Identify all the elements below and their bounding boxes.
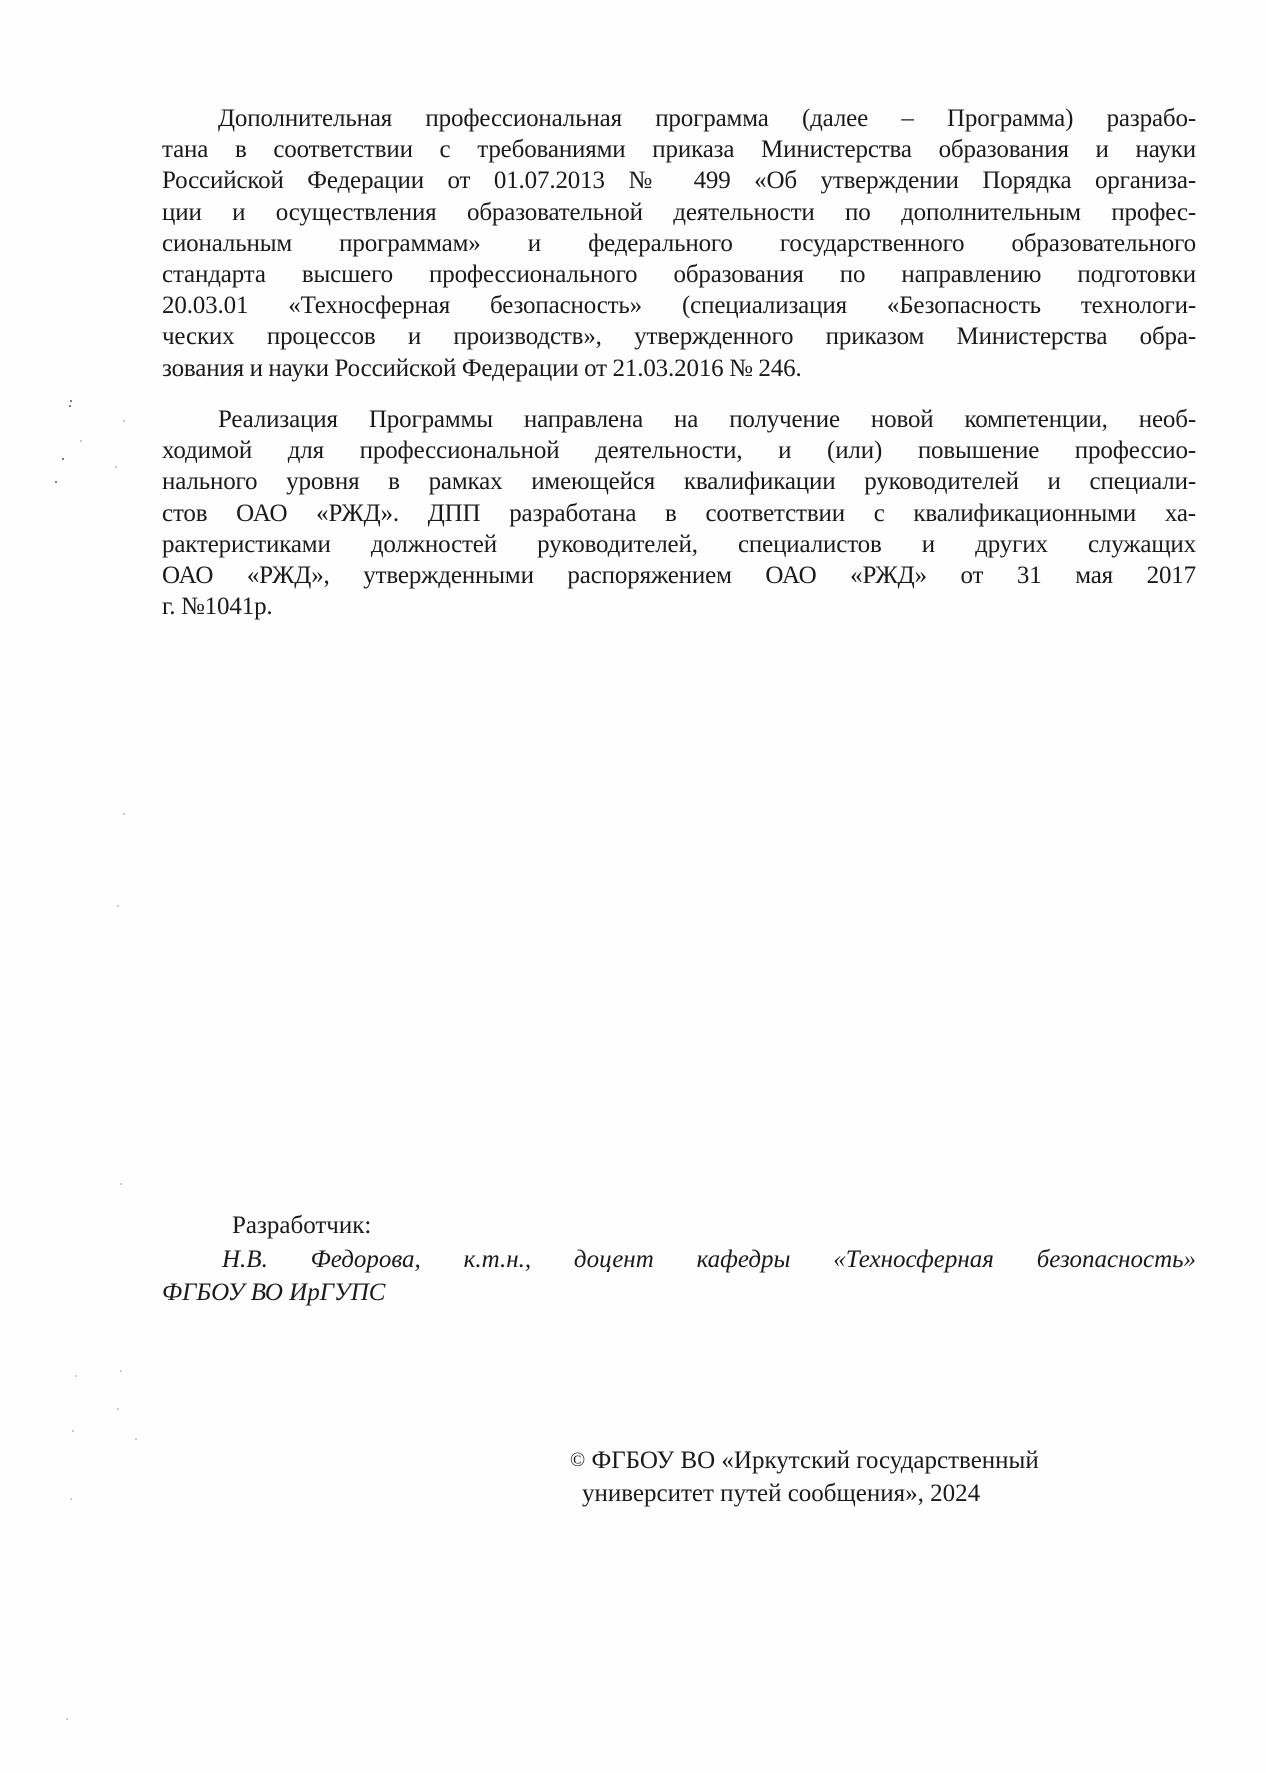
developer-name-position: Н.В. Федорова, к.т.н., доцент кафедры «Т…: [162, 1243, 1196, 1276]
developer-info: Н.В. Федорова, к.т.н., доцент кафедры «Т…: [162, 1243, 1196, 1309]
scan-speck: [55, 481, 57, 483]
scan-speck: [62, 458, 64, 460]
text-line: ческих процессов и производств», утвержд…: [162, 321, 1196, 352]
text-line: ции и осуществления образовательной деят…: [162, 197, 1196, 228]
scan-speck: [123, 420, 125, 422]
text-line: стандарта высшего профессионального обра…: [162, 259, 1196, 290]
copyright-line-2: университет путей сообщения», 2024: [570, 1477, 1039, 1510]
scan-speck: [120, 1370, 122, 1372]
scan-speck: [135, 1438, 137, 1440]
text-line: ходимой для профессиональной деятельност…: [162, 435, 1196, 466]
scan-speck: [123, 813, 125, 815]
copyright-icon: ©: [570, 1449, 585, 1471]
text-line: рактеристиками должностей руководителей,…: [162, 529, 1196, 560]
text-line: нального уровня в рамках имеющейся квали…: [162, 466, 1196, 497]
paragraph-program-basis: Дополнительная профессиональная программ…: [162, 103, 1196, 384]
scan-speck: [66, 1718, 68, 1720]
scan-speck: [72, 1430, 74, 1432]
text-line: Российской Федерации от 01.07.2013 № 499…: [162, 165, 1196, 196]
text-line: тана в соответствии с требованиями прика…: [162, 134, 1196, 165]
text-line: сиональным программам» и федерального го…: [162, 228, 1196, 259]
document-page: Дополнительная профессиональная программ…: [0, 0, 1266, 1773]
text-line: г. №1041р.: [162, 591, 1196, 622]
scan-speck: [80, 440, 82, 442]
scan-speck: [70, 1498, 72, 1500]
scan-speck: [70, 400, 72, 402]
scan-speck: [120, 1183, 122, 1185]
text-line: стов ОАО «РЖД». ДПП разработана в соотве…: [162, 498, 1196, 529]
scan-speck: [117, 905, 119, 907]
text-line: Дополнительная профессиональная программ…: [162, 103, 1196, 134]
text-line: зования и науки Российской Федерации от …: [162, 353, 1196, 384]
scan-speck: [69, 405, 71, 407]
scan-speck: [115, 466, 117, 468]
copyright-line-1: ФГБОУ ВО «Иркутский государственный: [591, 1447, 1038, 1474]
text-line: 20.03.01 «Техносферная безопасность» (сп…: [162, 290, 1196, 321]
copyright-notice: © ФГБОУ ВО «Иркутский государственный ун…: [570, 1444, 1039, 1510]
paragraph-program-goals: Реализация Программы направлена на получ…: [162, 404, 1196, 622]
developer-organization: ФГБОУ ВО ИрГУПС: [162, 1276, 1196, 1309]
text-line: ОАО «РЖД», утвержденными распоряжением О…: [162, 560, 1196, 591]
scan-speck: [75, 1375, 77, 1377]
scan-speck: [117, 1408, 119, 1410]
text-line: Реализация Программы направлена на получ…: [162, 404, 1196, 435]
developer-label: Разработчик:: [232, 1210, 371, 1241]
